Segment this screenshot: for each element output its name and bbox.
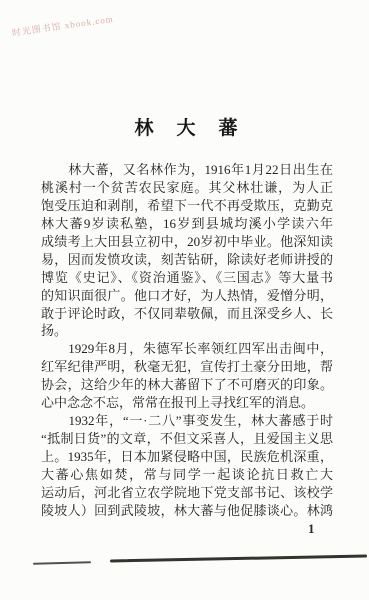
text-line: 林大蕃9岁读私塾，16岁到县城均溪小学读六年级，17岁以优异 [41,215,333,233]
page-title: 林 大 蕃 [41,113,333,140]
text-line: 大蕃心焦如焚，常与同学一起谈论抗日救亡大事。“一·二九” [41,466,333,484]
scan-artifact-line [33,561,91,565]
text-line: 1929年8月，朱德军长率领红四军出击闽中，路过武陵坡。 [41,340,333,358]
text-line: 协会，这给少年的林大蕃留下了不可磨灭的印象。红军走后，他 [41,376,333,394]
text-line: 的知识面很广。他口才好，为人热情，爱憎分明，善于团结同学， [41,287,333,305]
body-text: 林大蕃，又名林作为，1916年1月22日出生在大田县武陵坡桃溪村一个贫苦农民家庭… [41,161,333,520]
text-line: 林大蕃，又名林作为，1916年1月22日出生在大田县武陵坡 [41,161,333,179]
text-line: 红军纪律严明，秋毫无犯，宣传打土豪分田地，帮农民组织农民 [41,358,333,376]
text-line: 易，因而发愤攻读，刻苦钻研，除读好老师讲授的课文以外，还 [41,251,333,269]
text-line: 扬。 [41,322,333,340]
text-line: “抵制日货”的文章，不但文采喜人，且爱国主义思想跃然纸 [41,430,333,448]
text-line: 饱受压迫和剥削，希望下一代不再受欺压，克勤克俭送子读书。 [41,197,333,215]
text-line: 博览《史记》、《资治通鉴》、《三国志》等大量书籍，所涉猎 [41,269,333,287]
page-number: 1 [308,521,315,537]
text-line: 运动后，河北省立农学院地下党支部书记、该校学生林鸿图（武 [41,484,333,502]
text-line: 上。1935年，日本加紧侵略中国，民族危机深重，血气方刚的林 [41,448,333,466]
text-line: 1932年，“一·二八”事变发生，林大蕃感于时政，写了 [41,412,333,430]
text-line: 桃溪村一个贫苦农民家庭。其父林壮谦，为人正直、勤劳、善良， [41,179,333,197]
text-line: 陵坡人）回到武陵坡，林大蕃与他促膝谈心。林鸿图介绍了平津 [41,502,333,520]
scan-artifact-line [110,555,367,563]
library-watermark: 时光图书馆 xbook.com [11,12,114,39]
text-line: 心中念念不忘，常常在报刊上寻找红军的消息。 [41,394,333,412]
scanned-book-page: 时光图书馆 xbook.com 林 大 蕃 林大蕃，又名林作为，1916年1月2… [0,0,369,600]
text-line: 敢于评论时政，不仅同辈敬佩，而且深受乡人、长辈和师长的赞 [41,305,333,323]
text-line: 成绩考上大田县立初中，20岁初中毕业。他深知读书机会来之不 [41,233,333,251]
